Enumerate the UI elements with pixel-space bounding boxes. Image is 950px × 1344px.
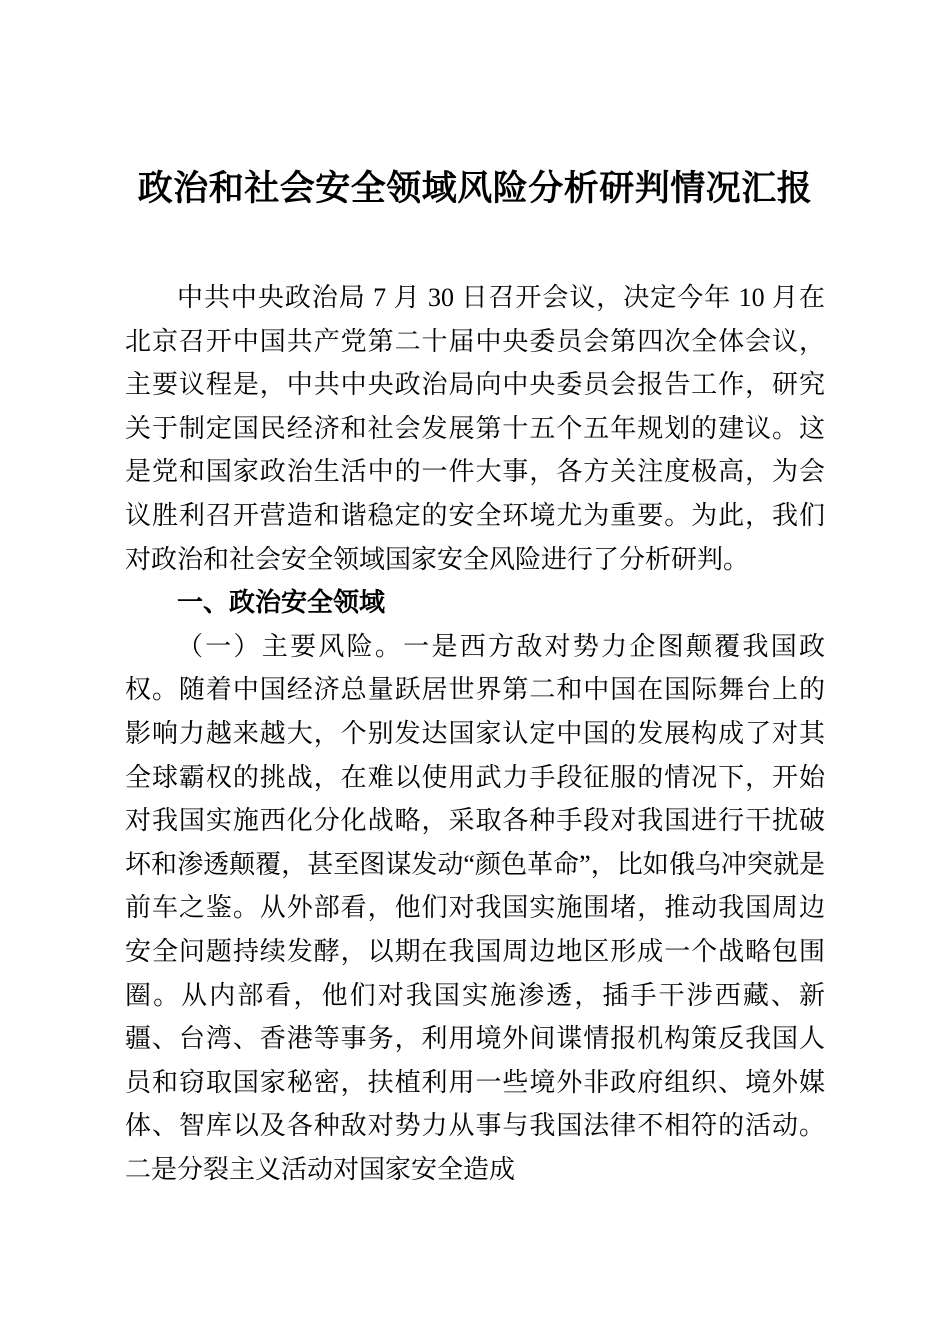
paragraph-intro: 中共中央政治局 7 月 30 日召开会议，决定今年 10 月在北京召开中国共产党… <box>125 276 825 581</box>
document-page: 政治和社会安全领域风险分析研判情况汇报 中共中央政治局 7 月 30 日召开会议… <box>0 0 950 1344</box>
paragraph-main-risks: （一）主要风险。一是西方敌对势力企图颠覆我国政权。随着中国经济总量跃居世界第二和… <box>125 625 825 1192</box>
section-heading-political-security: 一、政治安全领域 <box>125 581 825 625</box>
document-title: 政治和社会安全领域风险分析研判情况汇报 <box>125 166 825 212</box>
